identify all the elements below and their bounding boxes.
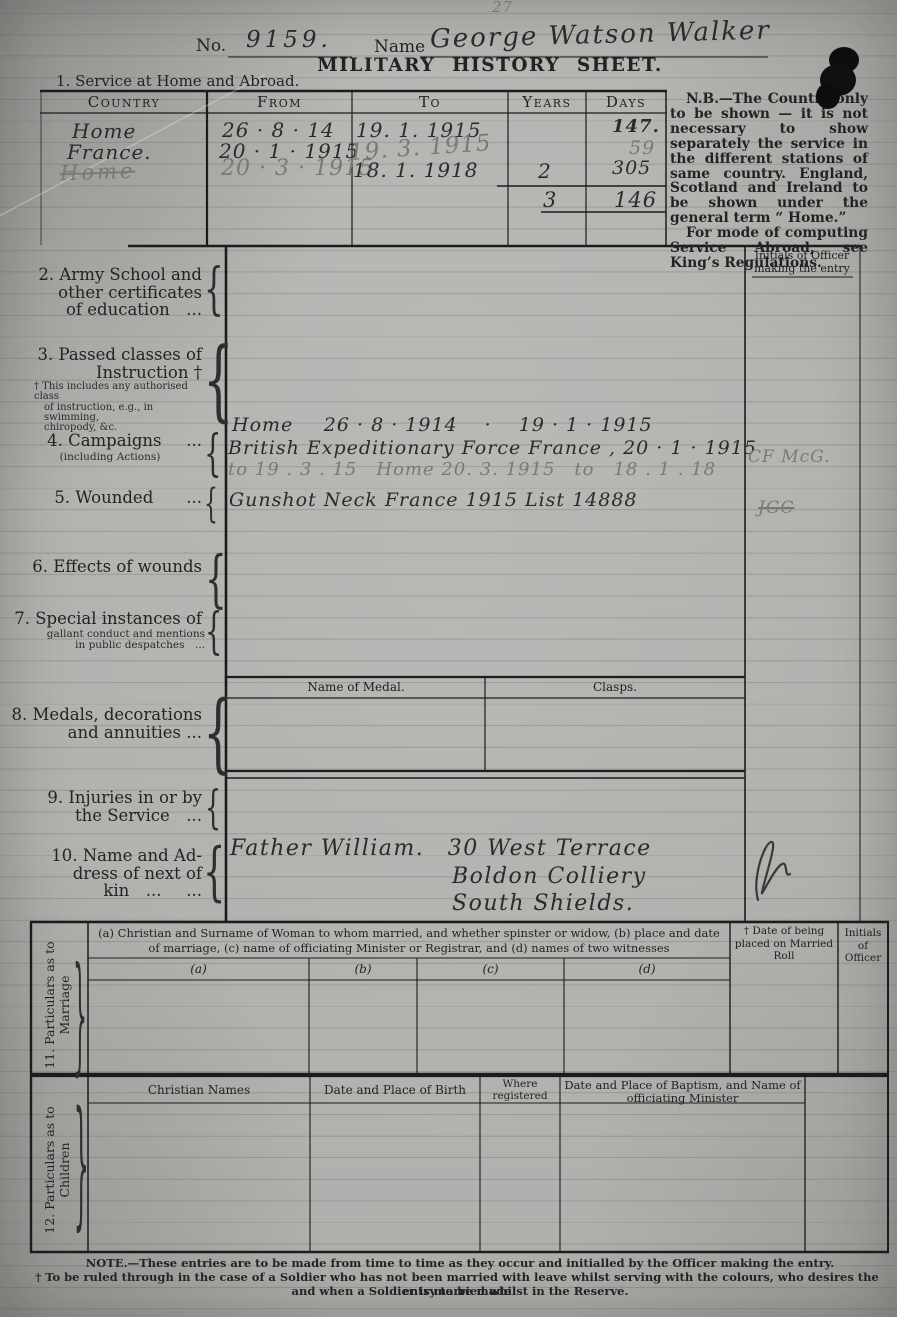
brace-wounded: {: [204, 484, 218, 524]
marriage-col-c: (c): [417, 962, 564, 976]
brace-next-of-kin: {: [203, 840, 225, 904]
label-line: 3. Passed classes of: [0, 346, 202, 364]
next-of-kin-line1: Father William. 30 West Terrace: [230, 836, 652, 861]
brace-medals: {: [203, 690, 233, 776]
brace-passed-classes: {: [203, 336, 234, 424]
service-row-country: Home: [60, 159, 136, 186]
no-label: No.: [196, 36, 226, 56]
section-effects-label: 6. Effects of wounds: [0, 558, 202, 576]
section-campaigns-label: 4. Campaigns ...: [0, 432, 202, 450]
brace-army-school: {: [204, 262, 224, 318]
military-history-sheet: 27 No. 9159. Name George Watson Walker M…: [0, 0, 897, 1317]
married-roll-header: † Date of being placed on Married Roll: [732, 925, 836, 963]
marriage-col-b: (b): [309, 962, 417, 976]
section-special-label: 7. Special instances of: [0, 610, 202, 628]
label-line: 4. Campaigns ...: [0, 432, 202, 450]
side-label-line: 12. Particulars as to: [42, 1095, 57, 1245]
special-subnote: gallant conduct and mentions in public d…: [20, 629, 205, 651]
footer-note3: and when a Soldier is married whilst in …: [30, 1284, 890, 1298]
children-col-birth: Date and Place of Birth: [310, 1083, 480, 1097]
passed-classes-footnote: † This includes any authorised class of …: [34, 382, 206, 433]
service-row-days: 147.: [612, 116, 660, 137]
wounded-entry: Gunshot Neck France 1915 List 14888: [229, 489, 638, 511]
medal-name-header: Name of Medal.: [227, 681, 485, 694]
label-line: other certificates: [0, 284, 202, 302]
footnote-line: † This includes any authorised class: [34, 382, 206, 403]
service-row-years: 2: [538, 159, 552, 183]
brace-campaigns: {: [204, 428, 221, 478]
next-of-kin-line2: Boldon Colliery: [452, 864, 647, 889]
service-row-to: 18. 1. 1918: [353, 158, 479, 182]
side-label-line: 11. Particulars as to: [42, 930, 57, 1080]
marriage-side-label: 11. Particulars as to Marriage: [42, 930, 72, 1080]
children-side-brace: }: [74, 1094, 89, 1233]
footnote-line: in public despatches ...: [20, 640, 205, 651]
side-label-line: Marriage: [57, 930, 72, 1080]
section-army-school-label: 2. Army School and other certificates of…: [0, 266, 202, 319]
nb-note: N.B.—The Country only to be shown — it i…: [670, 92, 868, 271]
footer-note1: NOTE.—These entries are to be made from …: [30, 1256, 890, 1270]
section-injuries-label: 9. Injuries in or by the Service ...: [0, 789, 202, 824]
initials-header-line2: making the entry: [746, 263, 858, 276]
label-line: and annuities ...: [0, 724, 202, 742]
marriage-col-a: (a): [88, 962, 309, 976]
ink-blot: [810, 46, 868, 112]
name-label: Name: [374, 37, 425, 57]
service-row-days: 59: [629, 137, 655, 159]
brace-special: {: [205, 606, 222, 656]
service-total-years: 3: [543, 188, 557, 212]
campaigns-entry-line1: Home 26 · 8 · 1914 · 19 · 1 · 1915: [232, 414, 653, 436]
label-line: 8. Medals, decorations: [0, 706, 202, 724]
side-label-line: Children: [57, 1095, 72, 1245]
section-next-of-kin-label: 10. Name and Ad- dress of next of kin ..…: [0, 847, 202, 900]
col-header-country: Country: [41, 93, 207, 111]
label-line: 9. Injuries in or by: [0, 789, 202, 807]
top-pencil-mark: 27: [492, 0, 513, 16]
nb-note-para1: N.B.—The Country only to be shown — it i…: [670, 92, 868, 226]
label-line: the Service ...: [0, 807, 202, 825]
campaigns-subnote: (including Actions): [40, 452, 180, 462]
brace-injuries: {: [205, 784, 221, 830]
col-header-from: From: [207, 93, 352, 111]
col-header-to: To: [352, 93, 508, 111]
children-side-label: 12. Particulars as to Children: [42, 1095, 72, 1245]
section-medals-label: 8. Medals, decorations and annuities ...: [0, 706, 202, 741]
initials-column-header: Initials of Officer making the entry: [746, 250, 858, 275]
marriage-initials-header: Initials of Officer: [840, 927, 886, 965]
marriage-col-d: (d): [564, 962, 730, 976]
label-line: 10. Name and Ad-: [0, 847, 202, 865]
label-line: 7. Special instances of: [0, 610, 202, 628]
service-row-from: 20 · 3 · 1915: [221, 156, 374, 181]
label-line: dress of next of: [0, 865, 202, 883]
col-header-years: Years: [508, 93, 586, 111]
label-line: of education ...: [0, 301, 202, 319]
campaigns-entry-line3: to 19 . 3 . 15 Home 20. 3. 1915 to 18 . …: [228, 459, 716, 480]
marriage-description: (a) Christian and Surname of Woman to wh…: [95, 926, 723, 955]
children-col-names: Christian Names: [88, 1083, 310, 1097]
campaigns-entry-line2: British Expeditionary Force France , 20 …: [228, 437, 757, 459]
campaigns-initials: CF McG.: [748, 447, 831, 467]
label-line: 6. Effects of wounds: [0, 558, 202, 576]
service-row-days: 305: [612, 157, 651, 179]
brace-effects: {: [205, 548, 227, 610]
form-title: MILITARY HISTORY SHEET.: [280, 55, 700, 76]
label-line: 2. Army School and: [0, 266, 202, 284]
wounded-initials: JGC: [758, 498, 794, 518]
children-col-baptism: Date and Place of Baptism, and Name of o…: [562, 1079, 803, 1105]
marriage-side-brace: }: [73, 953, 87, 1081]
section-wounded-label: 5. Wounded ...: [0, 489, 202, 507]
section1-label: 1. Service at Home and Abroad.: [56, 72, 299, 90]
next-of-kin-line3: South Shields.: [452, 891, 634, 916]
initials-header-line1: Initials of Officer: [746, 250, 858, 263]
label-line: Instruction †: [0, 364, 202, 382]
clasps-header: Clasps.: [486, 681, 744, 694]
col-header-days: Days: [586, 93, 666, 111]
service-number: 9159.: [246, 27, 332, 53]
children-col-registered: Where registered: [480, 1078, 560, 1102]
label-line: 5. Wounded ...: [0, 489, 202, 507]
next-of-kin-signature: [744, 834, 802, 910]
footnote-line: of instruction, e.g., in swimming,: [34, 403, 206, 424]
label-line: kin ... ...: [0, 882, 202, 900]
section-passed-classes-label: 3. Passed classes of Instruction †: [0, 346, 202, 381]
service-total-days: 146: [614, 188, 657, 212]
